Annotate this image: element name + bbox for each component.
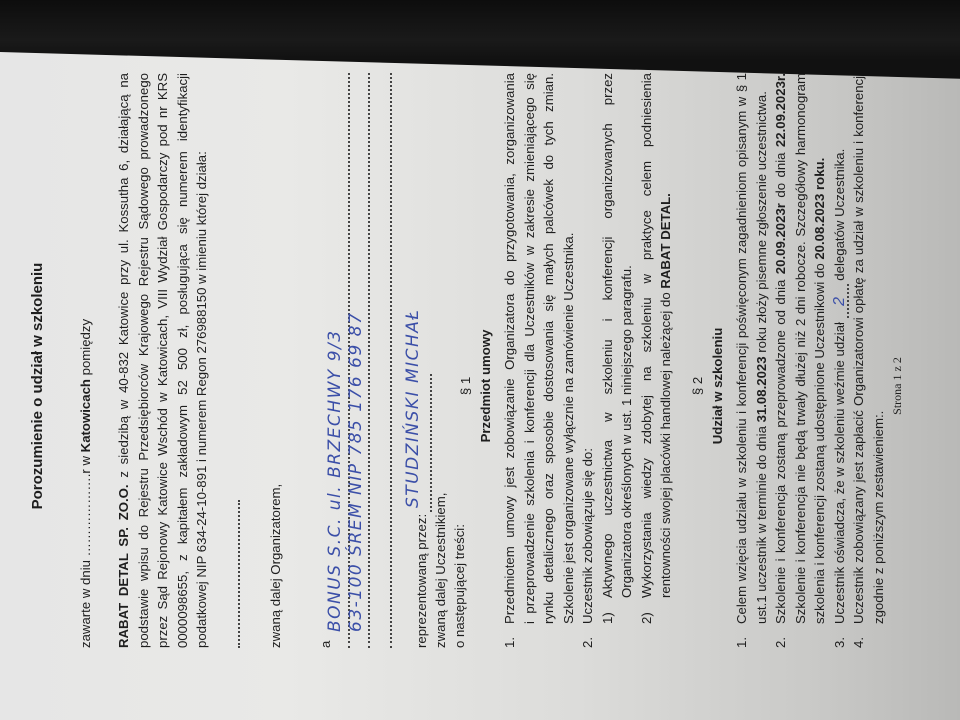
date-blank: ………………. xyxy=(78,474,93,557)
list-number: 2. xyxy=(771,637,791,648)
list-number: 2. xyxy=(578,637,598,648)
document-page: Porozumienie o udział w szkoleniu zawart… xyxy=(0,52,960,720)
city: Katowicach xyxy=(78,379,93,452)
delegates-count: 2 xyxy=(833,284,849,318)
organizer-paragraph-line: podatkowej NIP 634-24-10-891 i numerem R… xyxy=(192,151,212,648)
list-number: 3. xyxy=(830,637,850,648)
sub-list-number: 2) xyxy=(637,612,657,624)
list-item-line: rynku detalicznego oraz sposobie dostoso… xyxy=(539,73,559,624)
organizer-signature-line xyxy=(238,500,240,648)
list-number: 1. xyxy=(732,637,752,648)
and-label: a xyxy=(316,641,336,648)
participant-city-nip: 63-100 ŚREM NIP 785 176 69 87 xyxy=(347,312,367,632)
document-title: Porozumienie o udział w szkoleniu xyxy=(28,52,48,720)
list-item-line: Uczestnik zobowiązany jest zapłacić Orga… xyxy=(849,73,869,624)
page-footer: Strona 1 z 2 xyxy=(888,52,908,720)
list-item-line: Uczestnik zobowiązuje się do: xyxy=(578,448,598,624)
list-item-line: Szkolenie i konferencja nie będą trwały … xyxy=(791,73,811,624)
list-item-line: szkolenia i konferencji zostaną udostępn… xyxy=(810,158,830,624)
list-number: 4. xyxy=(849,637,869,648)
represented-by-label: reprezentowaną przez: xyxy=(412,514,432,648)
organizer-paragraph-line: przez Sąd Rejonowy Katowice Wschód w Kat… xyxy=(153,73,173,648)
organizer-paragraph-line: podstawie wpisu do Rejestru Przedsiębior… xyxy=(134,73,154,648)
list-item-line: Szkolenie jest organizowane wyłącznie na… xyxy=(559,233,579,624)
list-number: 1. xyxy=(500,637,520,648)
list-item-line: Celem wzięcia udziału w szkoleniu i konf… xyxy=(732,73,752,624)
list-item-line: Przedmiotem umowy jest zobowiązanie Orga… xyxy=(500,73,520,624)
list-item-line: i przeprowadzenie szkolenia i konferencj… xyxy=(520,73,540,624)
organizer-paragraph-line: 0000098655, z kapitałem zakładowym 52 50… xyxy=(173,73,193,648)
section-1-sign: § 1 xyxy=(456,52,476,720)
participant-name-address: BONUS S.C. ul. BRZECHWY 9/3 xyxy=(326,329,346,632)
sub-list-line: Wykorzystania wiedzy zdobytej na szkolen… xyxy=(637,73,657,598)
list-item-line: Uczestnik oświadcza, że w szkoleniu weźm… xyxy=(830,149,850,624)
sub-list-line: rentowności swojej placówki handlowej na… xyxy=(656,193,676,598)
organizer-label: zwaną dalej Organizatorem, xyxy=(266,484,286,648)
participant-label: zwaną dalej Uczestnikiem, xyxy=(431,493,451,648)
sub-list-line: Organizatora określonych w ust. 1 niniej… xyxy=(617,265,637,598)
participant-line-3 xyxy=(390,73,392,648)
concluded-line: zawarte w dniu ……………….r w Katowicach pom… xyxy=(76,319,96,648)
list-item-line: ust.1 uczestnik w terminie do dnia 31.08… xyxy=(752,91,772,624)
representative-name: STUDZIŃSKI MICHAŁ xyxy=(404,309,424,508)
organizer-paragraph-line: RABAT DETAL SP. ZO.O. z siedzibą w 40-83… xyxy=(114,73,134,648)
representative-line xyxy=(430,374,432,512)
section-1-heading: Przedmiot umowy xyxy=(476,52,496,720)
participant-line-2 xyxy=(368,73,370,648)
document-content: Porozumienie o udział w szkoleniu zawart… xyxy=(0,52,960,720)
section-2-sign: § 2 xyxy=(688,52,708,720)
sub-list-number: 1) xyxy=(598,612,618,624)
sub-list-line: Aktywnego uczestnictwa w szkoleniu i kon… xyxy=(598,73,618,598)
section-2-heading: Udział w szkoleniu xyxy=(708,52,728,720)
list-item-line: Szkolenie i konferencja zostaną przeprow… xyxy=(771,73,791,624)
list-item-line: zgodnie z poniższym zestawieniem:. xyxy=(869,411,889,624)
